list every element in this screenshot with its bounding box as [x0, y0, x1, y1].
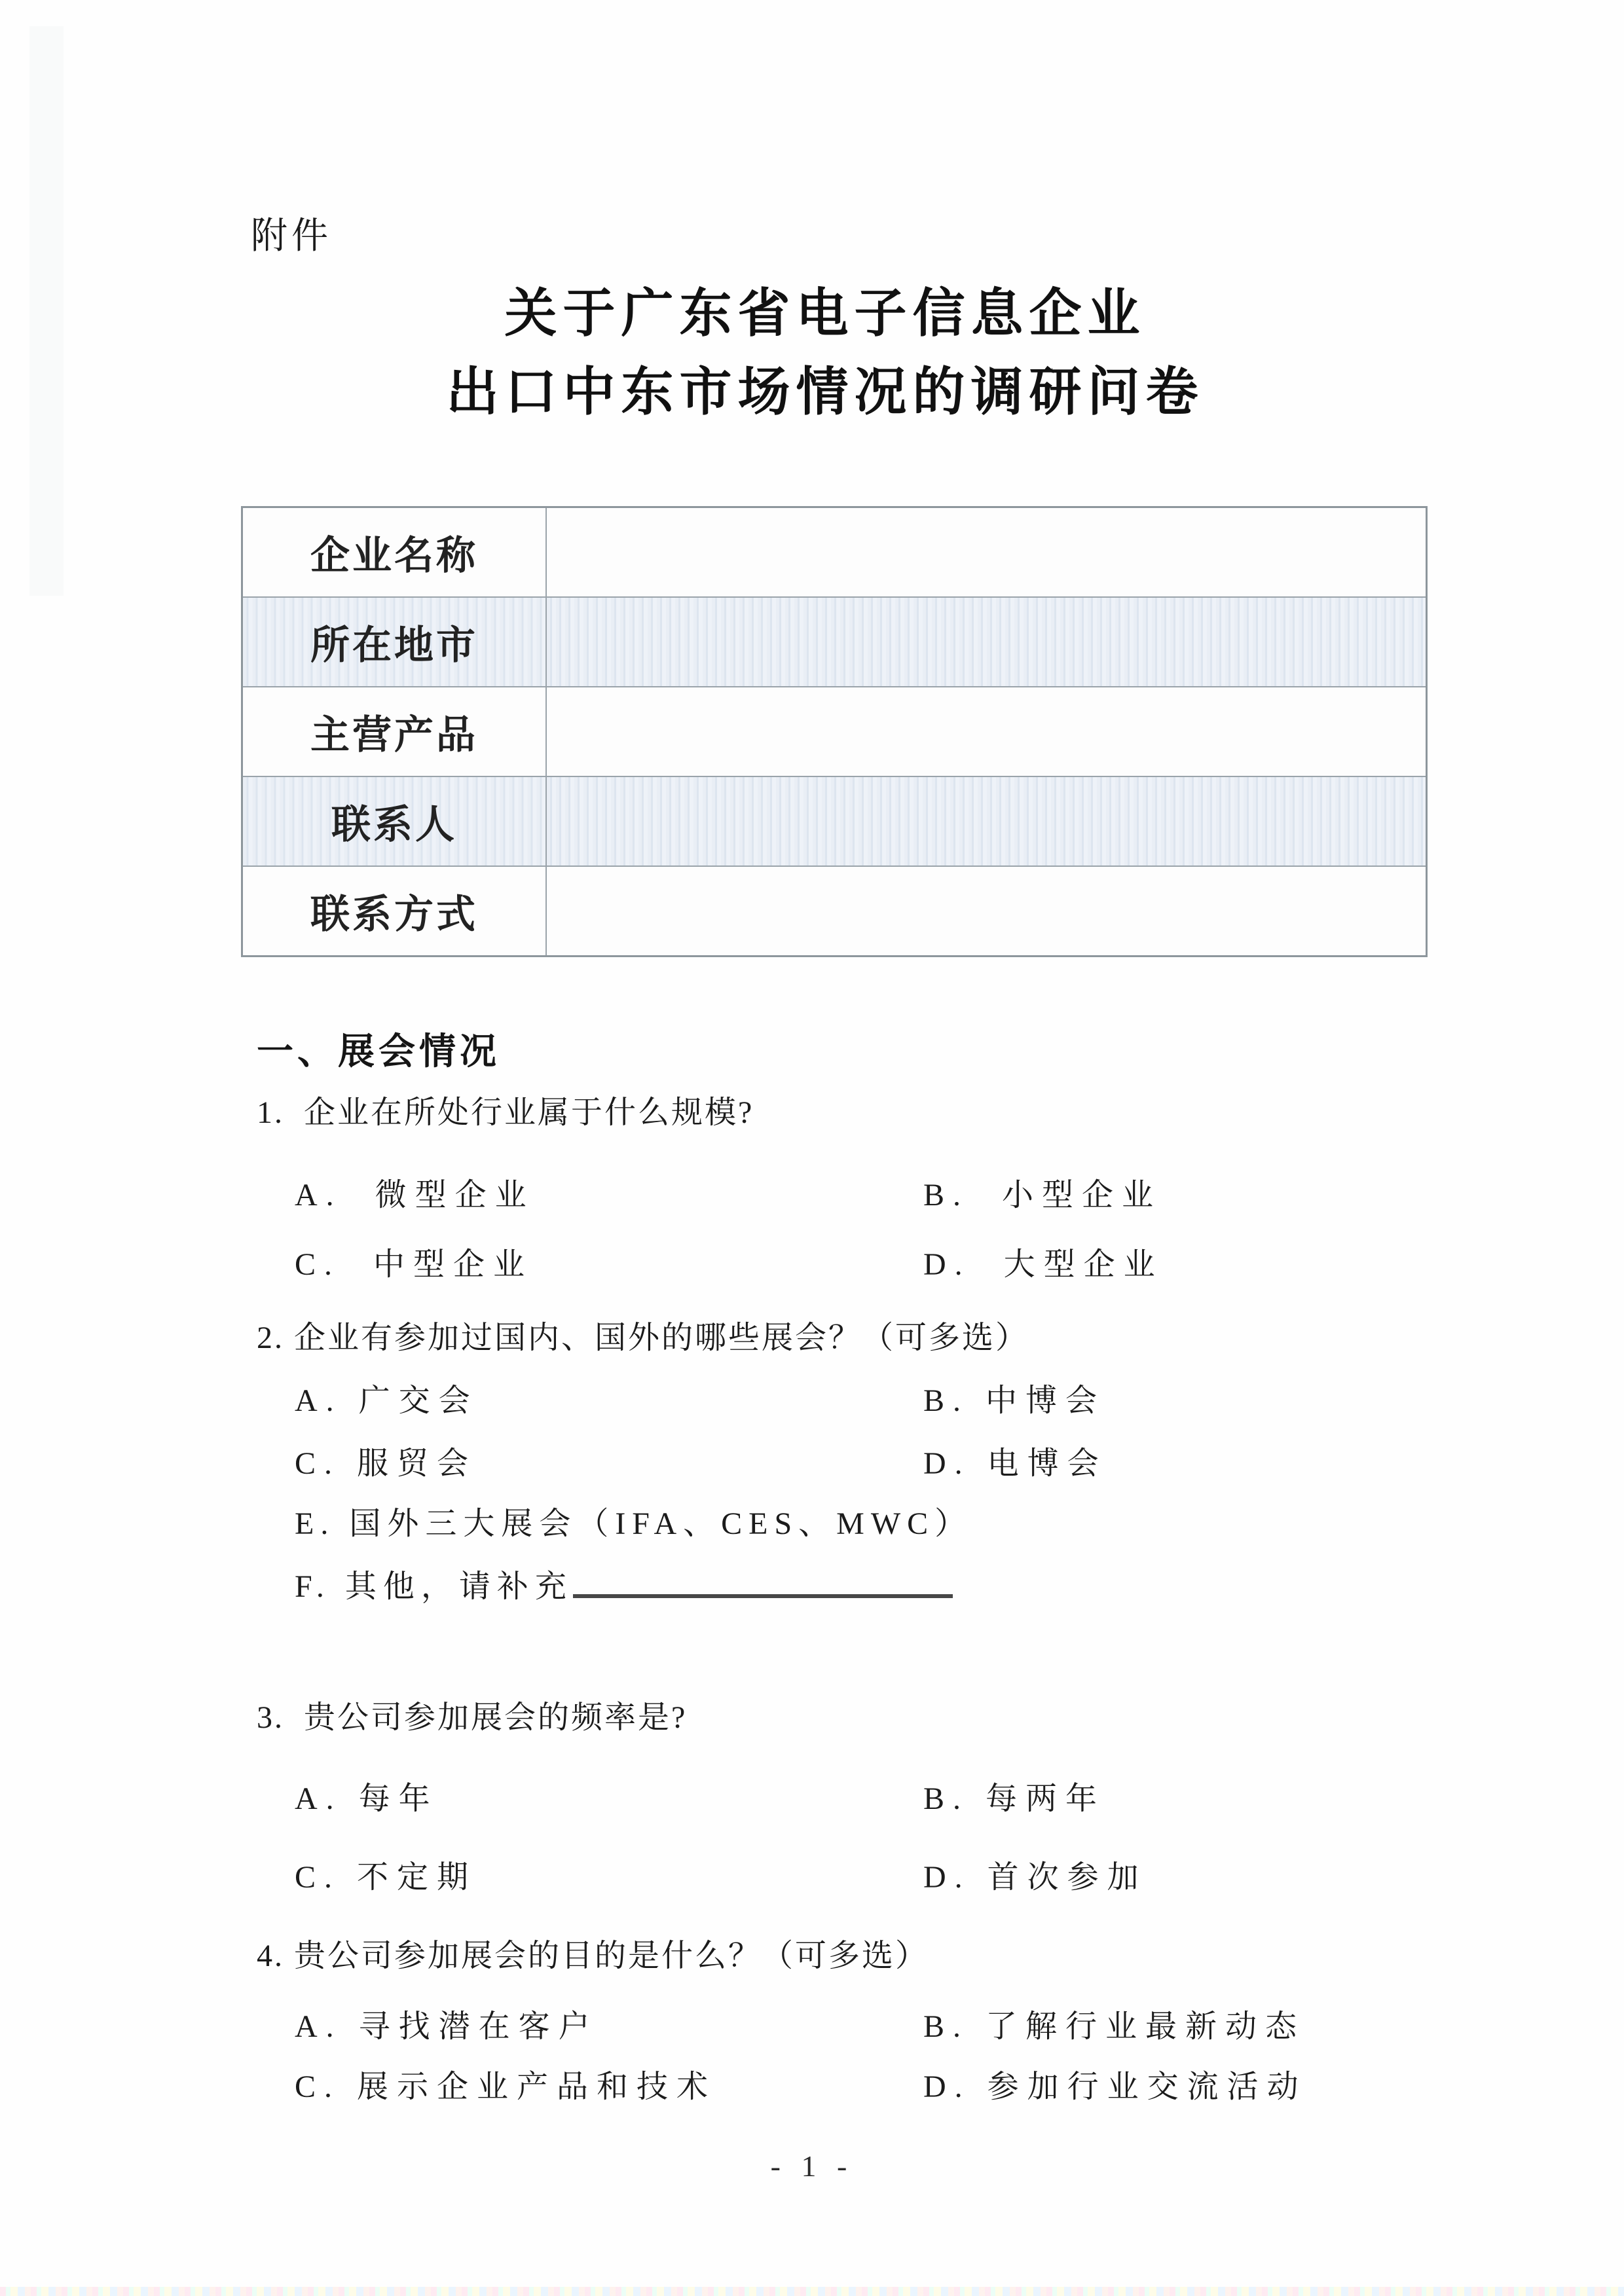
- question-2-option-f-label: F. 其他，请补充: [295, 1569, 573, 1604]
- question-3-text: 3. 贵公司参加展会的频率是?: [257, 1692, 687, 1737]
- question-1-option-c: C. 中型企业: [295, 1239, 533, 1284]
- question-3-option-c: C. 不定期: [295, 1851, 477, 1897]
- question-4-option-c: C. 展示企业产品和技术: [295, 2061, 716, 2106]
- question-4-option-d: D. 参加行业交流活动: [923, 2061, 1307, 2106]
- question-1-text: 1. 企业在所处行业属于什么规模?: [257, 1087, 754, 1132]
- question-1-option-a: A. 微型企业: [295, 1169, 535, 1214]
- page-number: - 1 -: [0, 2149, 1624, 2183]
- scanned-page: 附件 关于广东省电子信息企业 出口中东市场情况的调研问卷 企业名称 所在地市 主…: [0, 0, 1624, 2296]
- question-4-text: 4. 贵公司参加展会的目的是什么？（可多选）: [257, 1930, 929, 1975]
- question-2-option-f: F. 其他，请补充: [295, 1561, 953, 1606]
- fill-in-blank-line[interactable]: [573, 1588, 953, 1598]
- question-3-option-a: A. 每年: [295, 1773, 439, 1818]
- questions-area: 1. 企业在所处行业属于什么规模? A. 微型企业 B. 小型企业 C. 中型企…: [255, 0, 1428, 2296]
- question-2-option-e: E. 国外三大展会（IFA、CES、MWC）: [295, 1498, 972, 1543]
- question-3-option-d: D. 首次参加: [923, 1851, 1147, 1897]
- question-2-option-c: C. 服贸会: [295, 1438, 477, 1483]
- question-1-option-d: D. 大型企业: [923, 1239, 1164, 1284]
- question-2-option-a: A. 广交会: [295, 1375, 479, 1420]
- question-2-option-d: D. 电博会: [923, 1438, 1107, 1483]
- question-3-option-b: B. 每两年: [923, 1773, 1105, 1818]
- question-4-option-b: B. 了解行业最新动态: [923, 2001, 1305, 2046]
- question-2-text: 2. 企业有参加过国内、国外的哪些展会？（可多选）: [257, 1312, 1029, 1357]
- question-1-option-b: B. 小型企业: [923, 1169, 1162, 1214]
- question-4-option-a: A. 寻找潜在客户: [295, 2001, 599, 2046]
- question-2-option-b: B. 中博会: [923, 1375, 1105, 1420]
- scan-noise-strip: [0, 2287, 1624, 2296]
